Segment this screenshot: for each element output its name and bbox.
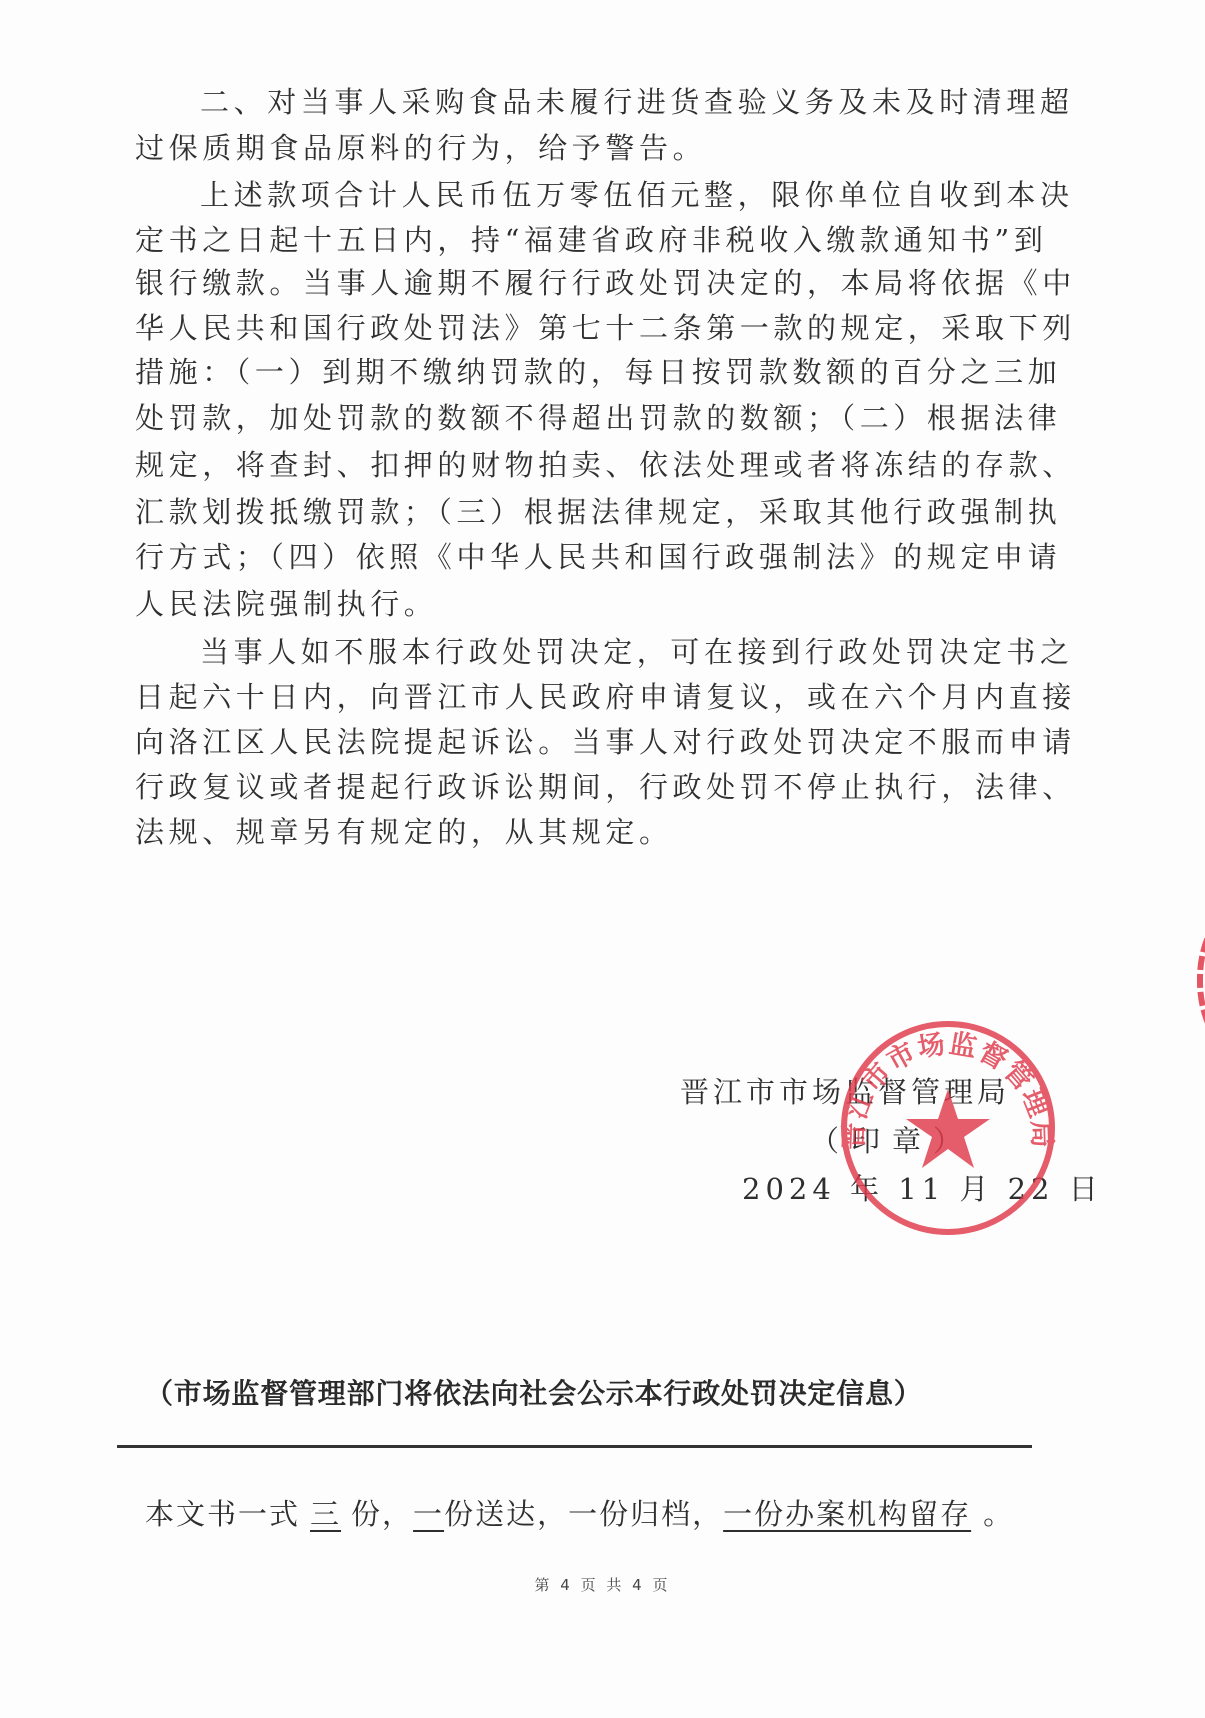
body-line: 行方式；（四）依照《中华人民共和国行政强制法》的规定申请 [135,538,1075,576]
copies-part1: 一 [413,1497,444,1531]
copies-part3: 一份办案机构留存 [723,1497,983,1531]
copies-part1-rest: 份送达， [444,1497,568,1531]
issuing-organization: 晋江市市场监督管理局 [680,1073,1010,1111]
horizontal-divider [117,1445,1032,1448]
copies-part2: 一份归档， [568,1497,723,1531]
body-line: 处罚款，加处罚款的数额不得超出罚款的数额；（二）根据法律 [135,399,1075,437]
copies-count-unit: 份， [351,1497,413,1531]
page-number: 第 4 页 共 4 页 [0,1574,1205,1595]
body-line: 法规、规章另有规定的，从其规定。 [135,813,1075,851]
public-disclosure-notice: （市场监督管理部门将依法向社会公示本行政处罚决定信息） [145,1374,923,1414]
body-line: 汇款划拨抵缴罚款；（三）根据法律规定，采取其他行政强制执 [135,493,1075,531]
copies-end: 。 [983,1497,1014,1531]
body-line: 向洛江区人民法院提起诉讼。当事人对行政处罚决定不服而申请 [135,723,1075,761]
body-line: 上述款项合计人民币伍万零伍佰元整，限你单位自收到本决 [200,176,1075,214]
partial-seal-icon [1180,890,1205,1070]
document-page: 二、对当事人采购食品未履行进货查验义务及未及时清理超 过保质期食品原料的行为，给… [0,0,1205,1718]
body-line: 过保质期食品原料的行为，给予警告。 [135,129,1075,167]
issue-date: 2024 年 11 月 22 日 [742,1170,1103,1208]
copies-statement: 本文书一式三份，一份送达，一份归档，一份办案机构留存。 [145,1494,1014,1534]
seal-label: （印章） [810,1122,974,1160]
body-line: 二、对当事人采购食品未履行进货查验义务及未及时清理超 [200,83,1075,121]
body-line: 银行缴款。当事人逾期不履行行政处罚决定的，本局将依据《中 [135,264,1075,302]
body-line: 人民法院强制执行。 [135,585,1075,623]
copies-prefix: 本文书一式 [145,1497,300,1531]
body-line: 当事人如不服本行政处罚决定，可在接到行政处罚决定书之 [200,633,1075,671]
body-line: 行政复议或者提起行政诉讼期间，行政处罚不停止执行，法律、 [135,768,1075,806]
body-line: 规定，将查封、扣押的财物拍卖、依法处理或者将冻结的存款、 [135,446,1075,484]
body-line: 华人民共和国行政处罚法》第七十二条第一款的规定，采取下列 [135,309,1075,347]
body-line: 措施：（一）到期不缴纳罚款的，每日按罚款数额的百分之三加 [135,353,1075,391]
body-line: 日起六十日内，向晋江市人民政府申请复议，或在六个月内直接 [135,678,1075,716]
copies-count: 三 [300,1497,351,1531]
body-line: 定书之日起十五日内，持“福建省政府非税收入缴款通知书”到 [135,221,1075,259]
